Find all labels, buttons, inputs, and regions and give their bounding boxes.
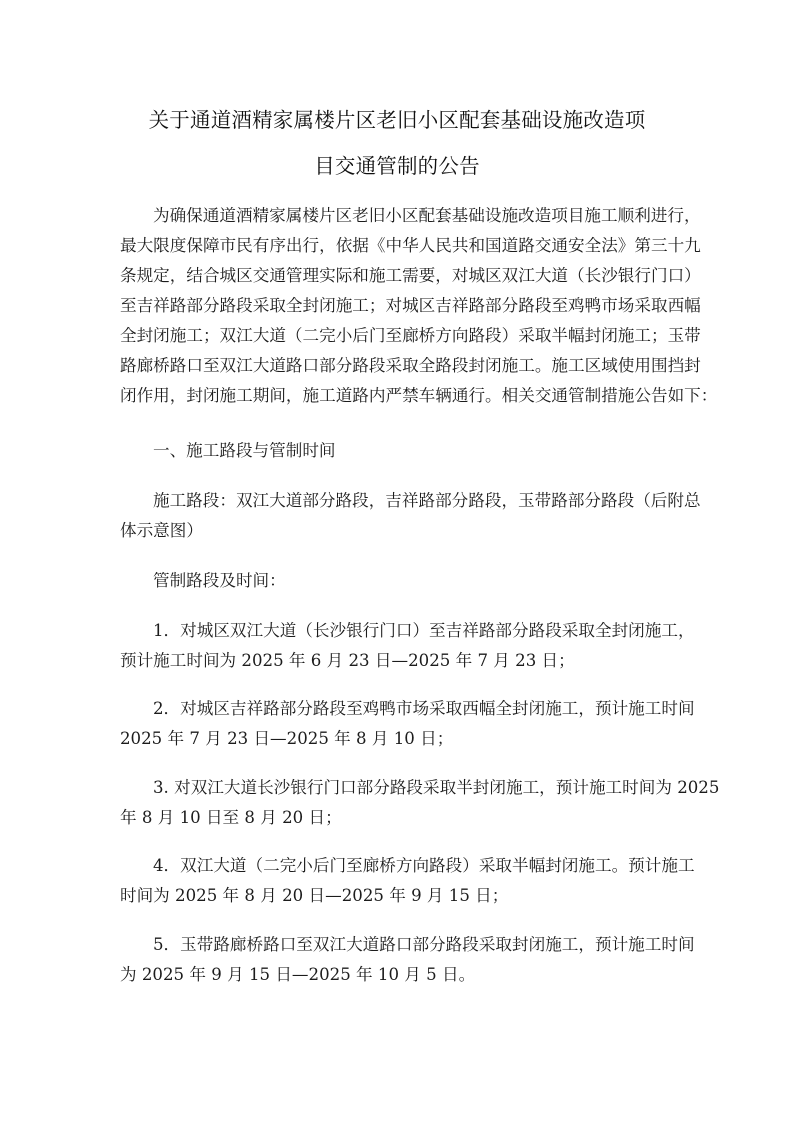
document-title-line-2: 目交通管制的公告 — [120, 149, 674, 179]
control-item-5: 5．玉带路廊桥路口至双江大道路口部分路段采取封闭施工，预计施工时间 为 2025… — [120, 930, 674, 990]
control-heading: 管制路段及时间： — [120, 566, 674, 596]
section-heading: 一、施工路段与管制时间 — [120, 436, 674, 466]
intro-line: 全封闭施工；双江大道（二完小后门至廊桥方向路段）采取半幅封闭施工；玉带 — [120, 321, 674, 351]
intro-line: 条规定，结合城区交通管理实际和施工需要，对城区双江大道（长沙银行门口） — [120, 261, 674, 291]
intro-line: 为确保通道酒精家属楼片区老旧小区配套基础设施改造项目施工顺利进行， — [120, 201, 674, 231]
intro-line: 最大限度保障市民有序出行，依据《中华人民共和国道路交通安全法》第三十九 — [120, 231, 674, 261]
control-item-3: 3. 对双江大道长沙银行门口部分路段采取半封闭施工，预计施工时间为 2025 年… — [120, 773, 674, 833]
construction-roads-paragraph: 施工路段：双江大道部分路段，吉祥路部分路段，玉带路部分路段（后附总 体示意图） — [120, 486, 674, 546]
control-item-4: 4．双江大道（二完小后门至廊桥方向路段）采取半幅封闭施工。预计施工 时间为 20… — [120, 851, 674, 911]
intro-line: 路廊桥路口至双江大道路口部分路段采取全路段封闭施工。施工区域使用围挡封 — [120, 351, 674, 381]
intro-paragraph: 为确保通道酒精家属楼片区老旧小区配套基础设施改造项目施工顺利进行， 最大限度保障… — [120, 201, 674, 411]
document-title-line-1: 关于通道酒精家属楼片区老旧小区配套基础设施改造项 — [120, 103, 674, 133]
control-item-1: 1．对城区双江大道（长沙银行门口）至吉祥路部分路段采取全封闭施工， 预计施工时间… — [120, 616, 674, 676]
control-item-2: 2．对城区吉祥路部分路段至鸡鸭市场采取西幅全封闭施工，预计施工时间 2025 年… — [120, 694, 674, 754]
intro-line: 闭作用，封闭施工期间，施工道路内严禁车辆通行。相关交通管制措施公告如下： — [120, 381, 674, 411]
intro-line: 至吉祥路部分路段采取全封闭施工；对城区吉祥路部分路段至鸡鸭市场采取西幅 — [120, 291, 674, 321]
